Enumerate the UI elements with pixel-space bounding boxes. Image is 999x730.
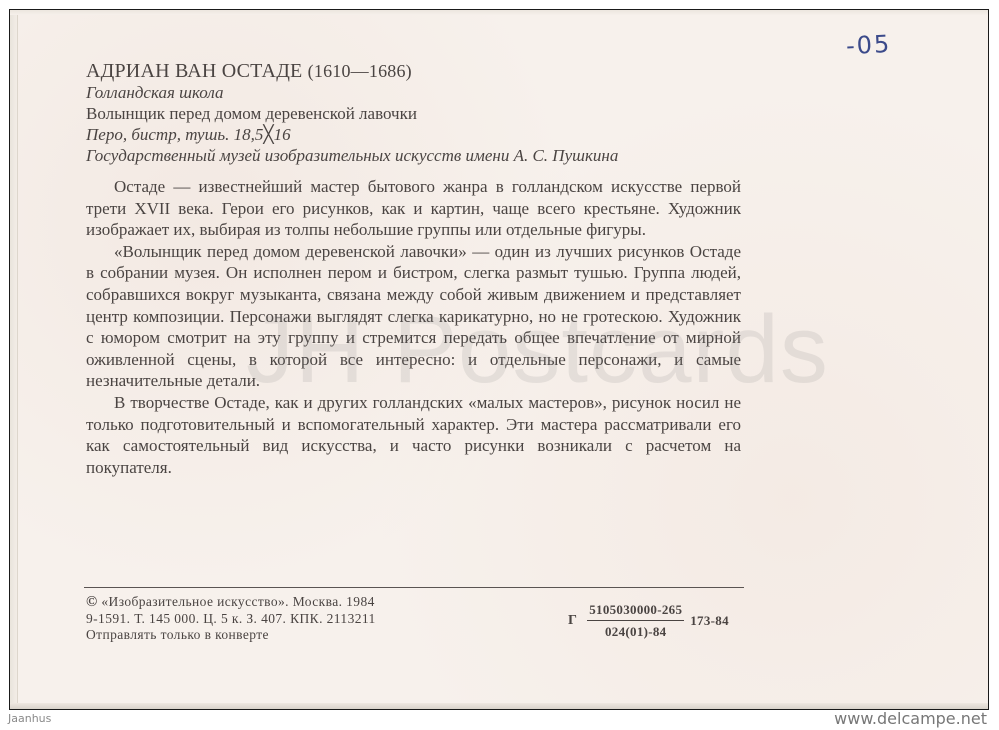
- museum: Государственный музей изобразительных ис…: [86, 145, 618, 166]
- publisher-line: © «Изобразительное искусство». Москва. 1…: [86, 594, 376, 611]
- site-watermark: www.delcampe.net: [834, 709, 987, 728]
- divider: [84, 587, 744, 588]
- imprint: © «Изобразительное искусство». Москва. 1…: [86, 594, 376, 644]
- card-edge: [10, 10, 18, 709]
- handwritten-mark: -05: [845, 30, 892, 60]
- seller-name: Jaanhus: [8, 712, 51, 725]
- catalog-code: Г 5105030000-265 024(01)-84 173-84: [568, 602, 729, 640]
- medium-dimensions: Перо, бистр, тушь. 18,5╳16: [86, 124, 618, 145]
- code-prefix: Г: [568, 613, 577, 629]
- description: Остаде — известнейший мастер бытового жа…: [86, 176, 741, 478]
- mailing-note: Отправлять только в конверте: [86, 627, 376, 644]
- code-numerator: 5105030000-265: [587, 602, 684, 621]
- artist-title: АДРИАН ВАН ОСТАДЕ (1610—1686): [86, 61, 618, 82]
- print-details: 9-1591. Т. 145 000. Ц. 5 к. З. 407. КПК.…: [86, 611, 376, 628]
- artist-years: (1610—1686): [308, 61, 412, 81]
- copyright-icon: ©: [86, 594, 98, 610]
- code-denominator: 024(01)-84: [605, 621, 667, 640]
- work-title: Волынщик перед домом деревенской лавочки: [86, 103, 618, 124]
- paragraph: «Волынщик перед домом деревенской лавочк…: [86, 241, 741, 392]
- code-fraction: 5105030000-265 024(01)-84: [587, 602, 684, 640]
- code-suffix: 173-84: [690, 613, 729, 629]
- artist-name: АДРИАН ВАН ОСТАДЕ: [86, 60, 302, 82]
- school: Голландская школа: [86, 82, 618, 103]
- paragraph: В творчестве Остаде, как и других голлан…: [86, 392, 741, 478]
- artwork-header: АДРИАН ВАН ОСТАДЕ (1610—1686) Голландска…: [86, 61, 618, 166]
- card-edge: [10, 10, 988, 15]
- paragraph: Остаде — известнейший мастер бытового жа…: [86, 176, 741, 241]
- publisher: «Изобразительное искусство». Москва. 198…: [101, 594, 374, 609]
